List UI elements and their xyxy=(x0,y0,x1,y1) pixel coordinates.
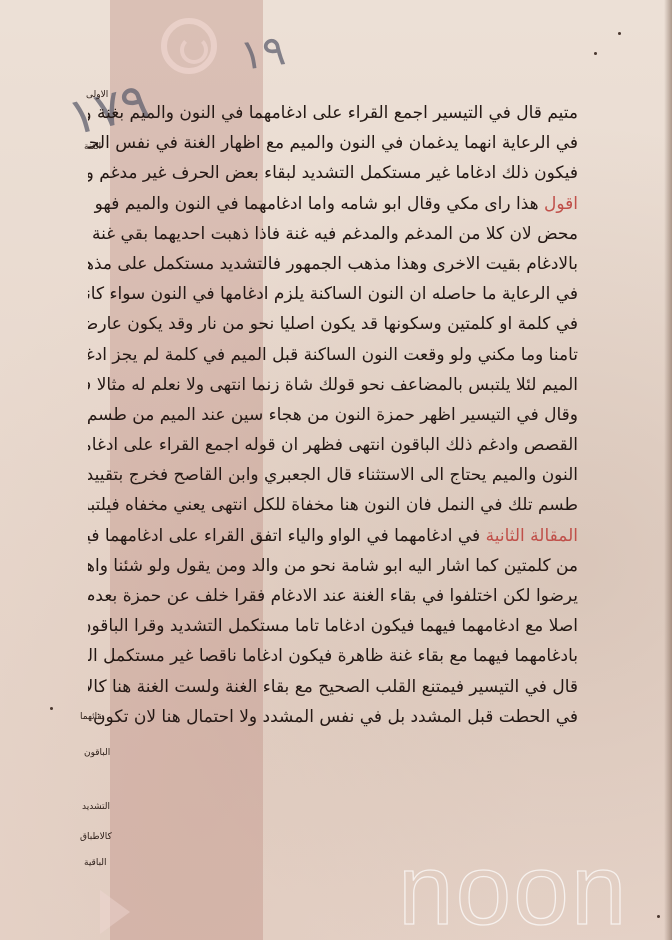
line-text: اصلا مع ادغامهما فيهما فيكون ادغاما تاما… xyxy=(88,616,578,636)
line-text: الميم لئلا يلتبس بالمضاعف نحو قولك شاة ز… xyxy=(88,375,578,395)
watermark-logo-icon xyxy=(161,18,217,74)
line-text: هذا راى مكي وقال ابو شامه واما ادغامهما … xyxy=(88,194,539,214)
margin-note: بقائهما xyxy=(80,712,104,722)
line-text: تامنا وما مكني ولو وقعت النون الساكنة قب… xyxy=(88,345,578,365)
line-text: في الحطت قبل المشدد بل في نفس المشدد ولا… xyxy=(88,707,578,727)
manuscript-line: تامنا وما مكني ولو وقعت النون الساكنة قب… xyxy=(88,340,578,370)
manuscript-line: في الرعاية انهما يدغمان في النون والميم … xyxy=(88,128,578,158)
watermark-noon-text: noon xyxy=(398,840,628,940)
paper-speck xyxy=(50,707,53,710)
manuscript-line: يرضوا لكن اختلفوا في بقاء الغنة عند الاد… xyxy=(88,581,578,611)
paper-speck xyxy=(657,915,660,918)
rubric-heading: اقول xyxy=(539,194,578,214)
manuscript-page: ١٩ ١٧٩ متيم قال في التيسير اجمع القراء ع… xyxy=(0,0,672,940)
line-text: متيم قال في التيسير اجمع القراء على ادغا… xyxy=(88,103,578,123)
margin-note: الغنة xyxy=(84,142,101,152)
manuscript-line: طسم تلك في النمل فان النون هنا مخفاة للك… xyxy=(88,490,578,520)
paper-speck xyxy=(618,32,621,35)
folio-number-upper: ١٩ xyxy=(237,25,289,80)
line-text: محض لان كلا من المدغم والمدغم فيه غنة فا… xyxy=(88,224,578,244)
line-text: بادغامهما فيهما مع بقاء غنة ظاهرة فيكون … xyxy=(88,646,578,666)
manuscript-line: قال في التيسير فيمتنع القلب الصحيح مع بق… xyxy=(88,672,578,702)
manuscript-line: اقول هذا راى مكي وقال ابو شامه واما ادغا… xyxy=(88,189,578,219)
line-text: القصص وادغم ذلك الباقون انتهى فظهر ان قو… xyxy=(88,435,578,455)
manuscript-line: وقال في التيسير اظهر حمزة النون من هجاء … xyxy=(88,400,578,430)
line-text: وقال في التيسير اظهر حمزة النون من هجاء … xyxy=(88,405,578,425)
line-text: النون والميم يحتاج الى الاستثناء قال الج… xyxy=(88,465,578,485)
line-text: طسم تلك في النمل فان النون هنا مخفاة للك… xyxy=(88,495,578,515)
manuscript-line: النون والميم يحتاج الى الاستثناء قال الج… xyxy=(88,460,578,490)
margin-note: الباقون xyxy=(84,748,110,758)
manuscript-line: في الرعاية ما حاصله ان النون الساكنة يلز… xyxy=(88,279,578,309)
margin-note: الاولى xyxy=(86,90,108,100)
manuscript-line: محض لان كلا من المدغم والمدغم فيه غنة فا… xyxy=(88,219,578,249)
margin-note: التشديد xyxy=(82,802,110,812)
watermark-arrow-icon xyxy=(100,890,130,934)
line-text: في ادغامهما في الواو والياء اتفق القراء … xyxy=(88,526,480,546)
line-text: بالادغام بقيت الاخرى وهذا مذهب الجمهور ف… xyxy=(88,254,578,274)
manuscript-line: فيكون ذلك ادغاما غير مستكمل التشديد لبقا… xyxy=(88,158,578,188)
line-text: فيكون ذلك ادغاما غير مستكمل التشديد لبقا… xyxy=(88,163,578,183)
manuscript-line: المقالة الثانية في ادغامهما في الواو وال… xyxy=(88,521,578,551)
manuscript-line: بادغامهما فيهما مع بقاء غنة ظاهرة فيكون … xyxy=(88,641,578,671)
manuscript-line: اصلا مع ادغامهما فيهما فيكون ادغاما تاما… xyxy=(88,611,578,641)
paper-speck xyxy=(594,52,597,55)
margin-note: الباقية xyxy=(84,858,107,868)
page-edge-shadow xyxy=(664,0,672,940)
margin-note: كالاطباق xyxy=(80,832,112,842)
rubric-heading: المقالة الثانية xyxy=(480,526,578,546)
manuscript-text-block: متيم قال في التيسير اجمع القراء على ادغا… xyxy=(88,98,578,732)
line-text: في كلمة او كلمتين وسكونها قد يكون اصليا … xyxy=(88,314,578,334)
line-text: يرضوا لكن اختلفوا في بقاء الغنة عند الاد… xyxy=(88,586,578,606)
line-text: في الرعاية انهما يدغمان في النون والميم … xyxy=(88,133,578,153)
manuscript-line: الميم لئلا يلتبس بالمضاعف نحو قولك شاة ز… xyxy=(88,370,578,400)
manuscript-line: بالادغام بقيت الاخرى وهذا مذهب الجمهور ف… xyxy=(88,249,578,279)
manuscript-line: من كلمتين كما اشار اليه ابو شامة نحو من … xyxy=(88,551,578,581)
manuscript-line: في كلمة او كلمتين وسكونها قد يكون اصليا … xyxy=(88,309,578,339)
line-text: من كلمتين كما اشار اليه ابو شامة نحو من … xyxy=(88,556,578,576)
line-text: قال في التيسير فيمتنع القلب الصحيح مع بق… xyxy=(88,677,578,697)
manuscript-line: متيم قال في التيسير اجمع القراء على ادغا… xyxy=(88,98,578,128)
line-text: في الرعاية ما حاصله ان النون الساكنة يلز… xyxy=(88,284,578,304)
manuscript-line: القصص وادغم ذلك الباقون انتهى فظهر ان قو… xyxy=(88,430,578,460)
manuscript-line: في الحطت قبل المشدد بل في نفس المشدد ولا… xyxy=(88,702,578,732)
